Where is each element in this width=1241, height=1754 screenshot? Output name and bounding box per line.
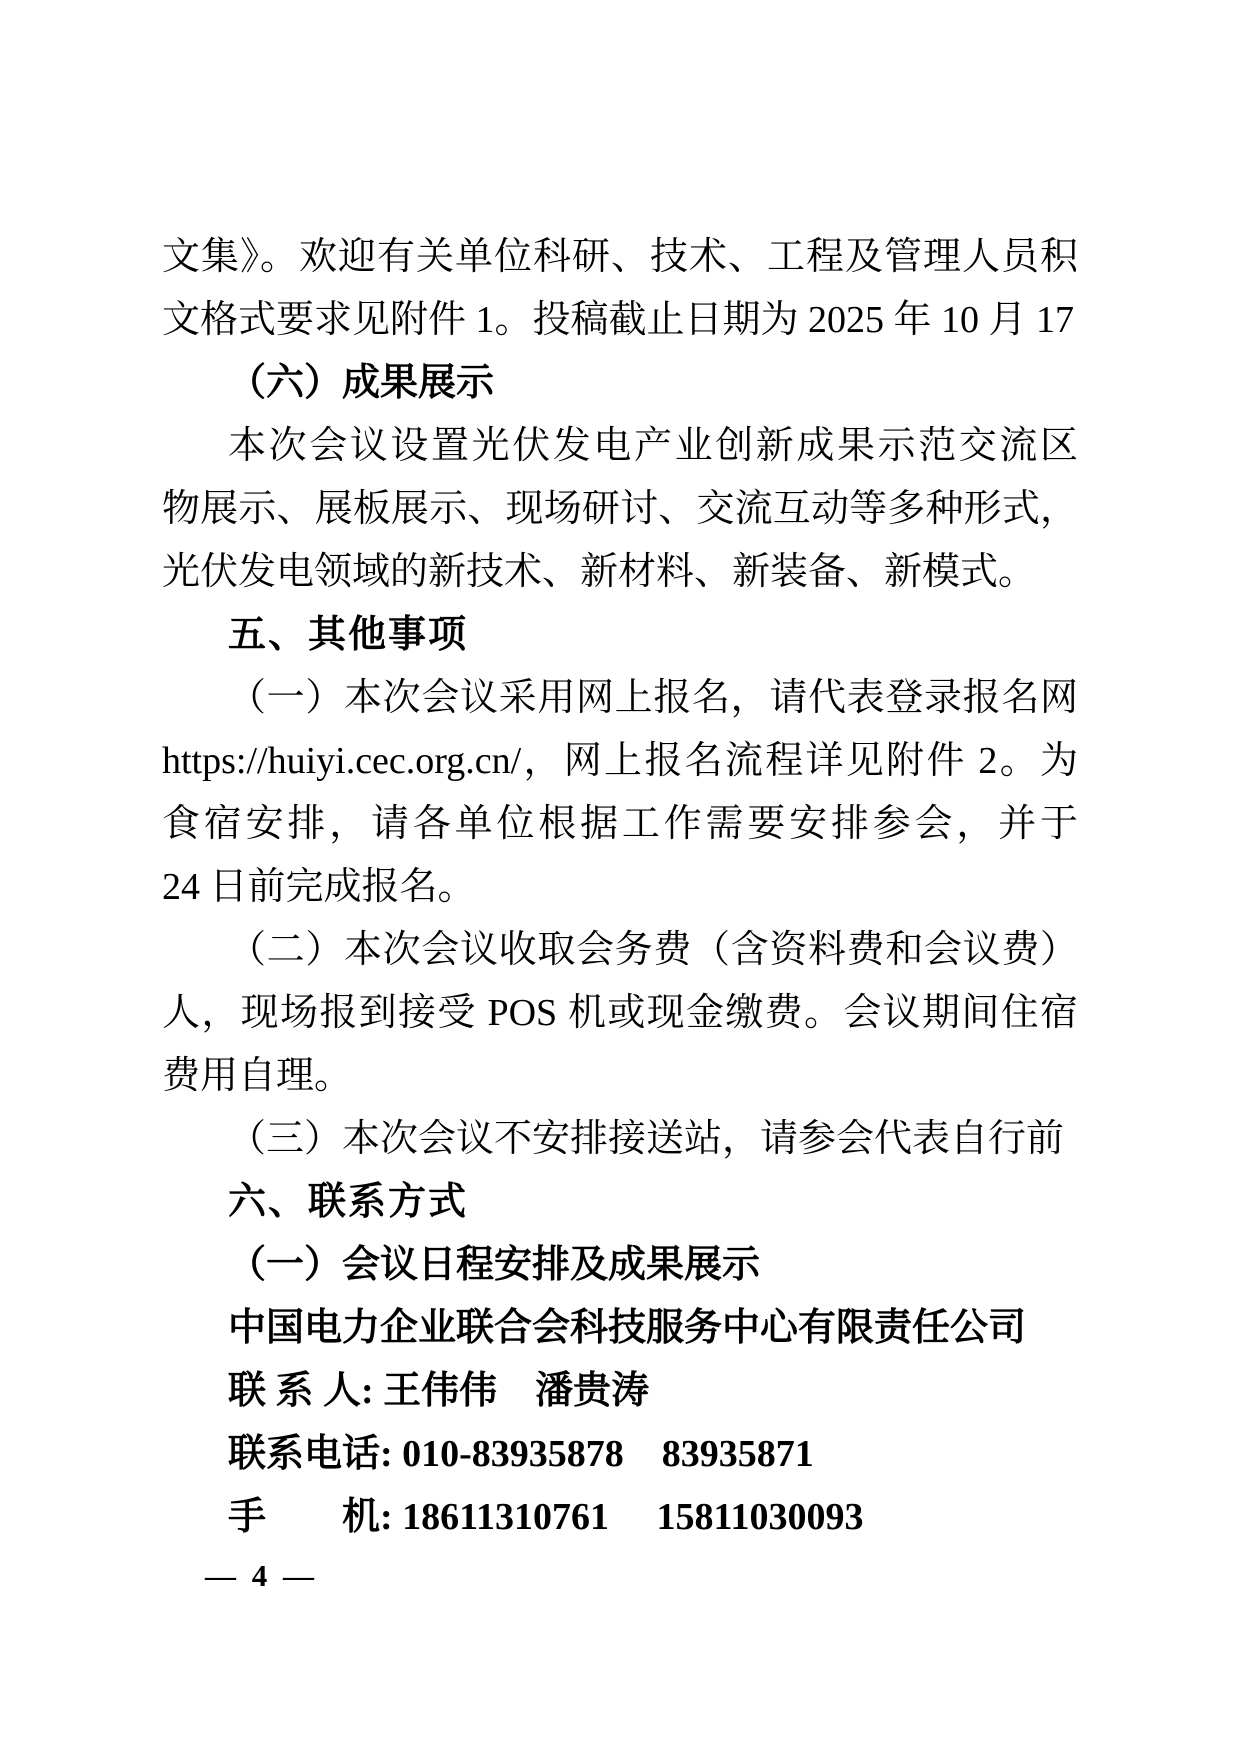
body-line: 光伏发电领域的新技术、新材料、新装备、新模式。	[162, 541, 1078, 604]
contact-phone-line: 联系电话: 010-83935878 83935871	[162, 1423, 1078, 1486]
section-heading-6: 六、联系方式	[162, 1171, 1078, 1234]
body-line: 物展示、展板展示、现场研讨、交流互动等多种形式，全面展现	[162, 478, 1078, 541]
body-line: 食宿安排，请各单位根据工作需要安排参会，并于 2025 年 10 月	[162, 793, 1078, 856]
section-heading-5: 五、其他事项	[162, 604, 1078, 667]
document-page: 文集》。欢迎有关单位科研、技术、工程及管理人员积极投稿，论 文格式要求见附件 1…	[0, 0, 1241, 1754]
body-line: 费用自理。	[162, 1045, 1078, 1108]
body-line: （二）本次会议收取会务费（含资料费和会议费）2000 元/	[162, 919, 1078, 982]
body-line: 文格式要求见附件 1。投稿截止日期为 2025 年 10 月 17 日。	[162, 289, 1078, 352]
body-line: 本次会议设置光伏发电产业创新成果示范交流区域，通过实	[162, 415, 1078, 478]
contact-person-line: 联 系 人: 王伟伟 潘贵涛	[162, 1360, 1078, 1423]
subsection-heading-1: （一）会议日程安排及成果展示	[162, 1234, 1078, 1297]
body-line: 24 日前完成报名。	[162, 856, 1078, 919]
body-line: 文集》。欢迎有关单位科研、技术、工程及管理人员积极投稿，论	[162, 226, 1078, 289]
document-body: 文集》。欢迎有关单位科研、技术、工程及管理人员积极投稿，论 文格式要求见附件 1…	[162, 226, 1078, 1549]
subsection-heading-6: （六）成果展示	[162, 352, 1078, 415]
contact-mobile-line: 手 机: 18611310761 15811030093	[162, 1486, 1078, 1549]
page-number: — 4 —	[205, 1556, 318, 1596]
body-line: （一）本次会议采用网上报名，请代表登录报名网址:	[162, 667, 1078, 730]
body-line: （三）本次会议不安排接送站，请参会代表自行前往酒店。	[162, 1108, 1078, 1171]
body-line: 人，现场报到接受 POS 机或现金缴费。会议期间住宿统一安排，	[162, 982, 1078, 1045]
body-line-url: https://huiyi.cec.org.cn/，网上报名流程详见附件 2。为…	[162, 730, 1078, 793]
contact-organization: 中国电力企业联合会科技服务中心有限责任公司	[162, 1297, 1078, 1360]
